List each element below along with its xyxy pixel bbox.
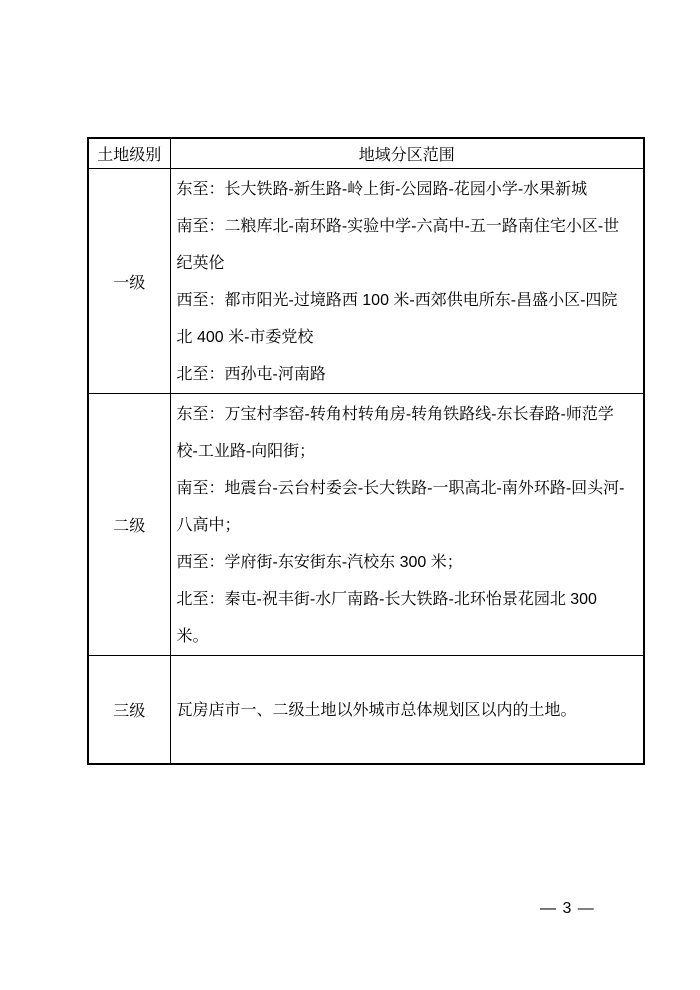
text-line: 校-工业路-向阳街； (177, 433, 642, 470)
text-line: 北至：秦屯-祝丰街-水厂南路-长大铁路-北环怡景花园北 300 (177, 581, 642, 618)
text-line: 东至：万宝村李窑-转角村转角房-转角铁路线-东长春路-师范学 (177, 396, 642, 433)
grade-1-range-cell: 东至：长大铁路-新生路-岭上街-公园路-花园小学-水果新城 南至：二粮库北-南环… (170, 169, 644, 394)
document-page: 土地级别 地域分区范围 一级 东至：长大铁路-新生路-岭上街-公园路-花园小学-… (0, 0, 700, 990)
text-line: 南至：地震台-云台村委会-长大铁路-一职高北-南外环路-回头河- (177, 470, 642, 507)
land-grade-table: 土地级别 地域分区范围 一级 东至：长大铁路-新生路-岭上街-公园路-花园小学-… (87, 137, 645, 765)
grade-1-label: 一级 (88, 169, 170, 394)
text-line: 东至：长大铁路-新生路-岭上街-公园路-花园小学-水果新城 (177, 171, 642, 208)
header-region-range: 地域分区范围 (170, 138, 644, 169)
grade-3-range-cell: 瓦房店市一、二级土地以外城市总体规划区以内的土地。 (170, 656, 644, 764)
grade-3-label: 三级 (88, 656, 170, 764)
text-line: 纪英伦 (177, 245, 642, 282)
text-line: 北 400 米-市委党校 (177, 319, 642, 356)
text-line: 西至：学府街-东安街东-汽校东 300 米； (177, 544, 642, 581)
table-row-grade-3: 三级 瓦房店市一、二级土地以外城市总体规划区以内的土地。 (88, 656, 644, 764)
table-row-grade-1: 一级 东至：长大铁路-新生路-岭上街-公园路-花园小学-水果新城 南至：二粮库北… (88, 169, 644, 394)
grade-2-label: 二级 (88, 394, 170, 656)
text-line: 南至：二粮库北-南环路-实验中学-六高中-五一路南住宅小区-世 (177, 208, 642, 245)
text-line: 八高中； (177, 507, 642, 544)
header-land-grade: 土地级别 (88, 138, 170, 169)
text-line: 米。 (177, 618, 642, 655)
text-line: 北至：西孙屯-河南路 (177, 356, 642, 393)
table-header-row: 土地级别 地域分区范围 (88, 138, 644, 169)
page-number: — 3 — (540, 900, 595, 918)
table-row-grade-2: 二级 东至：万宝村李窑-转角村转角房-转角铁路线-东长春路-师范学 校-工业路-… (88, 394, 644, 656)
text-line: 西至：都市阳光-过境路西 100 米-西郊供电所东-昌盛小区-四院 (177, 282, 642, 319)
text-line: 瓦房店市一、二级土地以外城市总体规划区以内的土地。 (177, 692, 642, 729)
grade-2-range-cell: 东至：万宝村李窑-转角村转角房-转角铁路线-东长春路-师范学 校-工业路-向阳街… (170, 394, 644, 656)
